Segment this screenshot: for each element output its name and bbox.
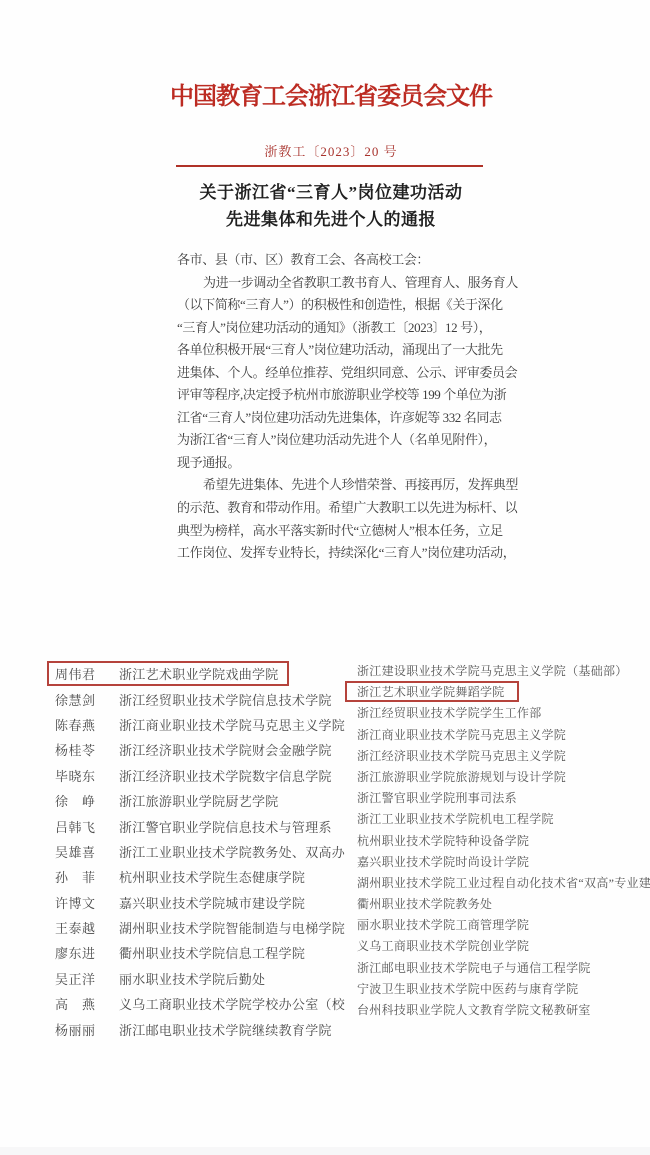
body-text-line: 工作岗位、发挥专业特长，持续深化“三育人”岗位建功活动， — [177, 542, 517, 565]
collective-award-row: 浙江商业职业技术学院马克思主义学院 — [345, 724, 580, 745]
awardee-name: 吕韩飞 — [55, 817, 97, 836]
individual-award-row: 徐 峥浙江旅游职业学院厨艺学院 — [47, 788, 289, 813]
awardee-name: 杨桂苓 — [55, 740, 97, 759]
collective-award-row: 浙江邮电职业技术学院电子与通信工程学院 — [345, 957, 605, 978]
body-text-line: 的示范、教育和带动作用。希望广大教职工以先进为标杆、以 — [177, 497, 517, 520]
awardee-organization: 义乌工商职业技术学院学校办公室（校 — [119, 994, 345, 1013]
collective-award-row: 浙江建设职业技术学院马克思主义学院（基础部） — [345, 660, 642, 681]
collective-award-row: 丽水职业技术学院工商管理学院 — [345, 914, 543, 935]
awardee-organization: 丽水职业技术学院后勤处 — [119, 969, 265, 988]
awardee-organization: 湖州职业技术学院智能制造与电梯学院 — [119, 918, 345, 937]
body-text-line: 各单位积极开展“三育人”岗位建功活动，涌现出了一大批先 — [177, 339, 517, 362]
awardee-name: 孙 菲 — [55, 867, 97, 886]
awardee-name: 杨丽丽 — [55, 1020, 97, 1039]
individual-award-row: 高 燕义乌工商职业技术学院学校办公室（校 — [47, 991, 355, 1016]
collective-award-row: 宁波卫生职业技术学院中医药与康育学院 — [345, 978, 592, 999]
individual-award-row-highlighted: 周伟君浙江艺术职业学院戏曲学院 — [47, 661, 289, 686]
awardee-name: 许博文 — [55, 893, 97, 912]
document-org-title: 中国教育工会浙江省委员会文件 — [6, 76, 650, 111]
individual-award-row: 陈春燕浙江商业职业技术学院马克思主义学院 — [47, 712, 355, 737]
collective-award-row: 湖州职业技术学院工业过程自动化技术省“双高”专业建设团队 — [345, 872, 650, 893]
collective-awards-list: 浙江建设职业技术学院马克思主义学院（基础部）浙江艺术职业学院舞蹈学院浙江经贸职业… — [345, 660, 650, 1020]
awardee-organization: 浙江艺术职业学院戏曲学院 — [119, 664, 279, 683]
body-text-line: （以下简称“三育人”）的积极性和创造性，根据《关于深化 — [177, 294, 517, 317]
individual-award-row: 许博文嘉兴职业技术学院城市建设学院 — [47, 890, 315, 915]
awardee-organization: 浙江旅游职业学院厨艺学院 — [119, 791, 279, 810]
individual-award-row: 廖东进衢州职业技术学院信息工程学院 — [47, 940, 315, 965]
individual-award-row: 吴雄喜浙江工业职业技术学院教务处、双高办 — [47, 839, 355, 864]
awardee-organization: 浙江商业职业技术学院马克思主义学院 — [119, 715, 345, 734]
collective-award-row: 义乌工商职业技术学院创业学院 — [345, 935, 543, 956]
awardee-organization: 浙江邮电职业技术学院继续教育学院 — [119, 1020, 332, 1039]
awardee-organization: 浙江工业职业技术学院教务处、双高办 — [119, 842, 345, 861]
collective-award-row: 浙江经济职业技术学院马克思主义学院 — [345, 745, 580, 766]
awardee-name: 廖东进 — [55, 943, 97, 962]
individual-awards-list: 周伟君浙江艺术职业学院戏曲学院徐慧剑浙江经贸职业技术学院信息技术学院陈春燕浙江商… — [47, 661, 355, 1042]
collective-award-row: 台州科技职业学院人文教育学院文秘教研室 — [345, 999, 605, 1020]
individual-award-row: 王泰越湖州职业技术学院智能制造与电梯学院 — [47, 915, 355, 940]
awardee-organization: 浙江警官职业学院信息技术与管理系 — [119, 817, 332, 836]
awardee-name: 徐慧剑 — [55, 690, 97, 709]
body-text-line: “三育人”岗位建功活动的通知》（浙教工〔2023〕12 号）， — [177, 317, 517, 340]
collective-award-row: 衢州职业技术学院教务处 — [345, 893, 506, 914]
salutation-line: 各市、县（市、区）教育工会、各高校工会： — [177, 249, 517, 272]
body-text-line: 为进一步调动全省教职工教书育人、管理育人、服务育人 — [177, 272, 517, 295]
individual-award-row: 杨桂苓浙江经济职业技术学院财会金融学院 — [47, 737, 342, 762]
body-text-line: 希望先进集体、先进个人珍惜荣誉、再接再厉，发挥典型 — [177, 474, 517, 497]
page-bottom-edge — [0, 1147, 650, 1155]
body-text-line: 为浙江省“三育人”岗位建功活动先进个人（名单见附件）， — [177, 429, 517, 452]
awardee-organization: 杭州职业技术学院生态健康学院 — [119, 867, 305, 886]
paragraph-2: 希望先进集体、先进个人珍惜荣誉、再接再厉，发挥典型的示范、教育和带动作用。希望广… — [177, 474, 517, 564]
awardee-name: 毕晓东 — [55, 766, 97, 785]
collective-award-row: 杭州职业技术学院特种设备学院 — [345, 830, 543, 851]
individual-award-row: 吴正洋丽水职业技术学院后勤处 — [47, 966, 275, 991]
collective-award-row: 浙江工业职业技术学院机电工程学院 — [345, 808, 568, 829]
body-text-line: 江省“三育人”岗位建功活动先进集体，许彦妮等 332 名同志 — [177, 407, 517, 430]
awardee-organization: 衢州职业技术学院信息工程学院 — [119, 943, 305, 962]
awardee-organization: 嘉兴职业技术学院城市建设学院 — [119, 893, 305, 912]
individual-award-row: 吕韩飞浙江警官职业学院信息技术与管理系 — [47, 813, 342, 838]
body-text-line: 进集体、个人。经单位推荐、党组织同意、公示、评审委员会 — [177, 362, 517, 385]
awardee-organization: 浙江经济职业技术学院财会金融学院 — [119, 740, 332, 759]
awardee-name: 徐 峥 — [55, 791, 97, 810]
awardee-organization: 浙江经贸职业技术学院信息技术学院 — [119, 690, 332, 709]
collective-award-row: 嘉兴职业技术学院时尚设计学院 — [345, 851, 543, 872]
notice-title-line1: 关于浙江省“三育人”岗位建功活动 — [6, 178, 650, 203]
collective-award-row: 浙江旅游职业学院旅游规划与设计学院 — [345, 766, 580, 787]
document-page: 中国教育工会浙江省委员会文件 浙教工〔2023〕20 号 关于浙江省“三育人”岗… — [0, 0, 650, 1155]
individual-award-row: 杨丽丽浙江邮电职业技术学院继续教育学院 — [47, 1016, 342, 1041]
awardee-name: 王泰越 — [55, 918, 97, 937]
collective-award-row: 浙江警官职业学院刑事司法系 — [345, 787, 531, 808]
awardee-name: 陈春燕 — [55, 715, 97, 734]
document-number: 浙教工〔2023〕20 号 — [6, 141, 650, 160]
collective-award-row: 浙江经贸职业技术学院学生工作部 — [345, 702, 556, 723]
notice-title-line2: 先进集体和先进个人的通报 — [6, 205, 650, 230]
body-text-line: 评审等程序,决定授予杭州市旅游职业学校等 199 个单位为浙 — [177, 384, 517, 407]
individual-award-row: 毕晓东浙江经济职业技术学院数字信息学院 — [47, 763, 342, 788]
awardee-name: 高 燕 — [55, 994, 97, 1013]
awardee-organization: 浙江经济职业技术学院数字信息学院 — [119, 766, 332, 785]
paragraph-1: 为进一步调动全省教职工教书育人、管理育人、服务育人（以下简称“三育人”）的积极性… — [177, 272, 517, 475]
individual-award-row: 徐慧剑浙江经贸职业技术学院信息技术学院 — [47, 686, 342, 711]
awardee-name: 吴正洋 — [55, 969, 97, 988]
document-body: 各市、县（市、区）教育工会、各高校工会： 为进一步调动全省教职工教书育人、管理育… — [177, 249, 517, 565]
body-text-line: 典型为榜样，高水平落实新时代“立德树人”根本任务，立足 — [177, 520, 517, 543]
individual-award-row: 孙 菲杭州职业技术学院生态健康学院 — [47, 864, 315, 889]
collective-award-row-highlighted: 浙江艺术职业学院舞蹈学院 — [345, 681, 519, 702]
body-text-line: 现予通报。 — [177, 452, 517, 475]
awardee-name: 周伟君 — [55, 664, 97, 683]
awardee-name: 吴雄喜 — [55, 842, 97, 861]
red-divider-line — [176, 165, 483, 167]
